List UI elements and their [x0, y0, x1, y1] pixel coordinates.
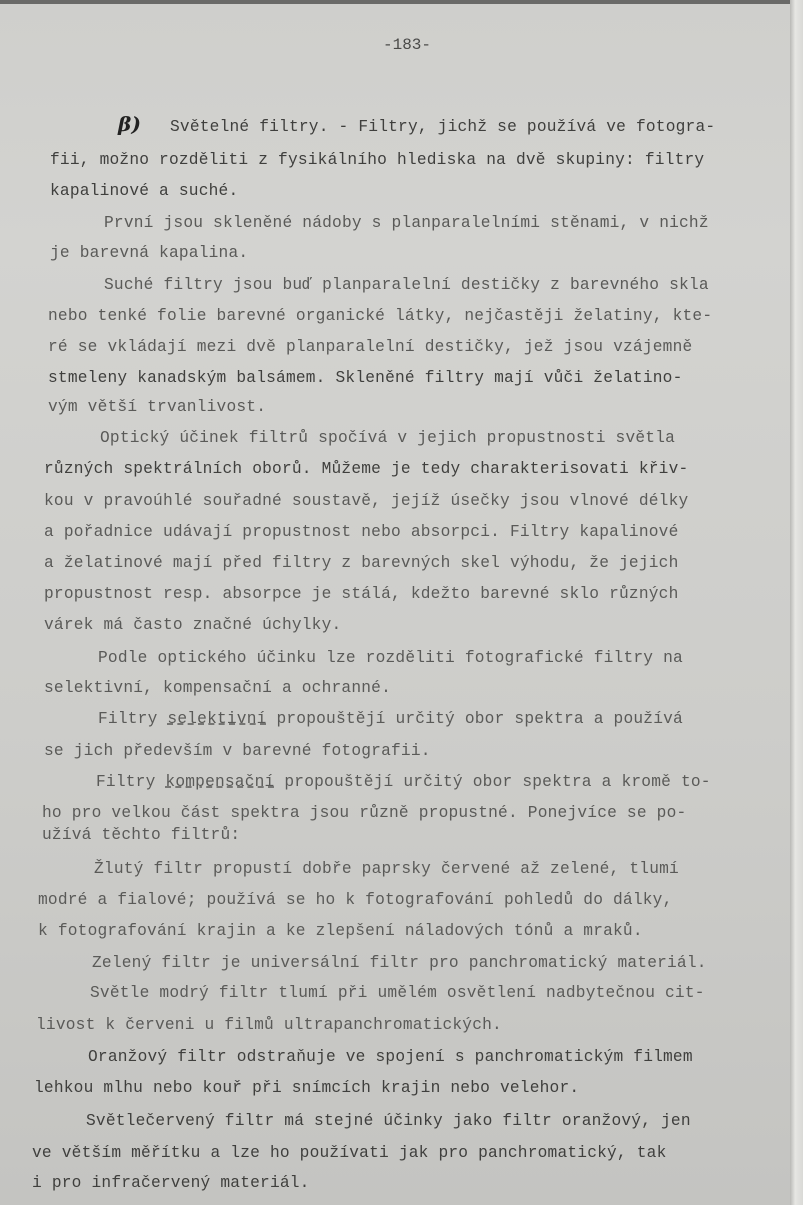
text-line: kou v pravoúhlé souřadné soustavě, jejíž…	[44, 492, 688, 510]
text-line: fii, možno rozděliti z fysikálního hledi…	[50, 151, 704, 169]
text-line: Světle modrý filtr tlumí při umělém osvě…	[90, 984, 705, 1002]
text-line: a želatinové mají před filtry z barevnýc…	[44, 554, 679, 572]
text-line: k fotografování krajin a ke zlepšení nál…	[38, 922, 643, 940]
text-line: Podle optického účinku lze rozděliti fot…	[98, 649, 683, 667]
text-line: vým větší trvanlivost.	[48, 398, 266, 416]
text-line: různých spektrálních oborů. Můžeme je te…	[44, 460, 688, 478]
text-line: Žlutý filtr propustí dobře paprsky červe…	[94, 860, 679, 878]
text-line: Zelený filtr je universální filtr pro pa…	[92, 954, 707, 972]
text-line: Optický účinek filtrů spočívá v jejich p…	[100, 429, 675, 447]
text-line: První jsou skleněné nádoby s planparalel…	[104, 214, 709, 232]
text-line: stmeleny kanadským balsámem. Skleněné fi…	[48, 369, 683, 387]
text-line: livost k červeni u filmů ultrapanchromat…	[36, 1016, 502, 1034]
text-line: Suché filtry jsou buď planparalelní dest…	[104, 276, 709, 294]
text-line: Filtry kompensační propouštějí určitý ob…	[96, 773, 711, 791]
document-page: -183- β) Světelné filtry. - Filtry, jich…	[0, 4, 790, 1205]
page-number: -183-	[383, 36, 431, 54]
text-line: se jich především v barevné fotografii.	[44, 742, 431, 760]
text-line: Světlečervený filtr má stejné účinky jak…	[86, 1112, 691, 1130]
text-fragment: propouštějí určitý obor spektra a kromě …	[274, 773, 710, 791]
text-line: a pořadnice udávají propustnost nebo abs…	[44, 523, 679, 541]
text-line: lehkou mlhu nebo kouř při snímcích kraji…	[34, 1079, 579, 1097]
text-line: modré a fialové; používá se ho k fotogra…	[38, 891, 673, 909]
text-line: ve větším měřítku a lze ho používati jak…	[32, 1144, 667, 1162]
underlined-term-selective: selektivní	[167, 710, 266, 728]
scan-right-edge	[790, 0, 803, 1205]
text-line: užívá těchto filtrů:	[42, 826, 240, 844]
text-line: selektivní, kompensační a ochranné.	[44, 679, 391, 697]
text-line: je barevná kapalina.	[50, 244, 248, 262]
text-fragment: Filtry	[98, 710, 167, 728]
text-line: kapalinové a suché.	[50, 182, 238, 200]
text-line: i pro infračervený materiál.	[32, 1174, 310, 1192]
text-line: nebo tenké folie barevné organické látky…	[48, 307, 712, 325]
section-marker: β)	[118, 112, 141, 136]
text-fragment: propouštějí určitý obor spektra a použív…	[267, 710, 683, 728]
text-line: várek má často značné úchylky.	[44, 616, 341, 634]
text-fragment: Filtry	[96, 773, 165, 791]
text-line: Světelné filtry. - Filtry, jichž se použ…	[170, 118, 715, 136]
text-line: Filtry selektivní propouštějí určitý obo…	[98, 710, 683, 728]
underlined-term-compensating: kompensační	[165, 773, 274, 791]
text-line: ho pro velkou část spektra jsou různě pr…	[42, 804, 686, 822]
text-line: ré se vkládají mezi dvě planparalelní de…	[48, 338, 692, 356]
text-line: Oranžový filtr odstraňuje ve spojení s p…	[88, 1048, 693, 1066]
text-line: propustnost resp. absorpce je stálá, kde…	[44, 585, 679, 603]
